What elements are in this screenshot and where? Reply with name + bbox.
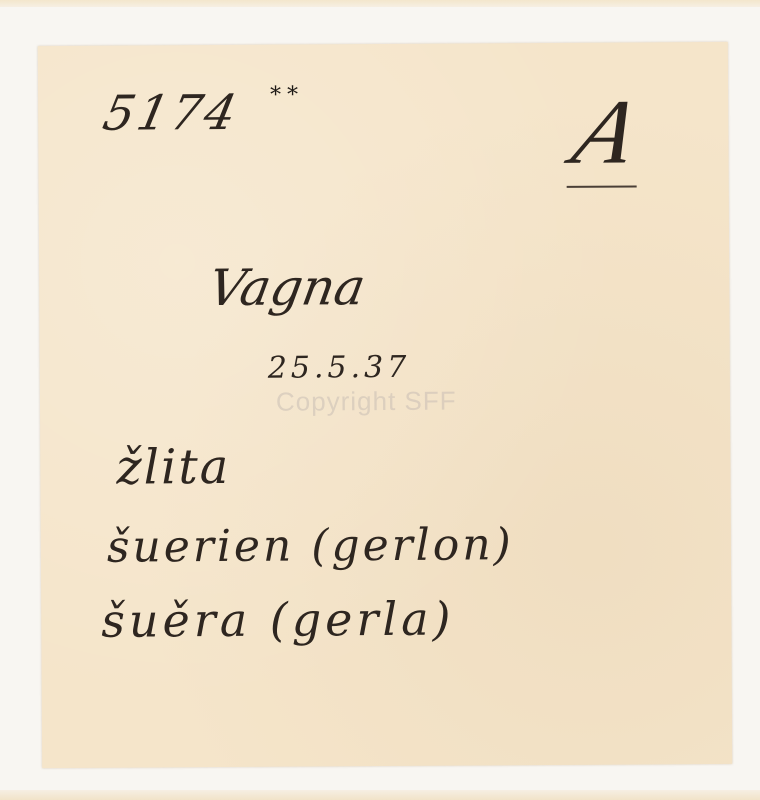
top-edge-strip [0,0,760,7]
bottom-edge-strip [0,790,760,800]
letter-underline [567,185,637,187]
place-name: Vagna [204,258,369,317]
archival-card: 5174 ** A Vagna 25.5.37 Copyright SFF žl… [38,42,732,768]
card-number: 5174 [98,85,244,142]
entry-line-2: šuerien (gerlon) [107,519,514,572]
star-marks-icon: ** [270,82,304,107]
date: 25.5.37 [268,350,411,386]
entry-line-3: šuěra (gerla) [101,592,455,648]
entry-line-1: žlita [116,439,230,496]
watermark: Copyright SFF [276,386,457,418]
card-letter: A [561,78,651,185]
